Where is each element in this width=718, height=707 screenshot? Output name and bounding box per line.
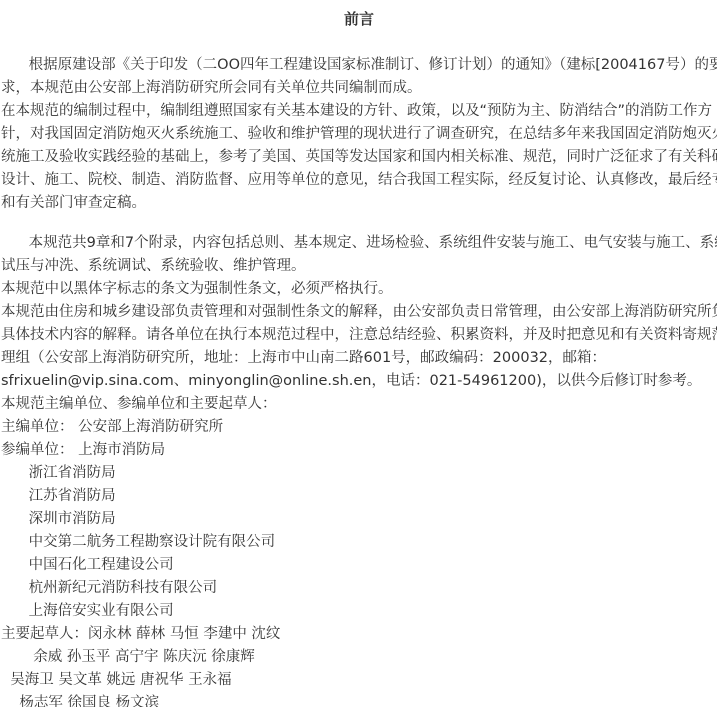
text-line: 根据原建设部《关于印发（二OO四年工程建设国家标准制订、修订计划）的通知》（建标… — [1, 54, 717, 77]
text-line: 中国石化工程建设公司 — [1, 554, 717, 577]
text-line: 杨志军 徐国良 杨文滨 — [1, 692, 717, 707]
page-title: 前言 — [0, 8, 718, 30]
text-line: 杭州新纪元消防科技有限公司 — [1, 577, 717, 600]
text-line: 本规范共9章和7个附录，内容包括总则、基本规定、进场检验、系统组件安装与施工、电… — [1, 232, 717, 255]
text-line: 中交第二航务工程勘察设计院有限公司 — [1, 531, 717, 554]
text-line: 余威 孙玉平 高宁宇 陈庆沅 徐康辉 — [1, 646, 717, 669]
text-line: 吴海卫 吴文革 姚远 唐祝华 王永福 — [1, 669, 717, 692]
text-line: 在本规范的编制过程中，编制组遵照国家有关基本建设的方针、政策，以及“预防为主、防… — [1, 100, 717, 123]
text-line: sfrixuelin@vip.sina.com、minyonglin@onlin… — [1, 370, 717, 393]
text-line: 主编单位： 公安部上海消防研究所 — [1, 416, 717, 439]
document-body: 根据原建设部《关于印发（二OO四年工程建设国家标准制订、修订计划）的通知》（建标… — [0, 54, 718, 707]
text-line: 具体技术内容的解释。请各单位在执行本规范过程中，注意总结经验、积累资料，并及时把… — [1, 324, 717, 347]
text-line: 江苏省消防局 — [1, 485, 717, 508]
text-line: 本规范中以黑体字标志的条文为强制性条文，必须严格执行。 — [1, 278, 717, 301]
text-line: 针，对我国固定消防炮灭火系统施工、验收和维护管理的现状进行了调查研究，在总结多年… — [1, 123, 717, 146]
text-line: 求，本规范由公安部上海消防研究所会同有关单位共同编制而成。 — [1, 77, 717, 100]
text-line: 深圳市消防局 — [1, 508, 717, 531]
text-line: 本规范由住房和城乡建设部负责管理和对强制性条文的解释，由公安部负责日常管理，由公… — [1, 301, 717, 324]
text-line: 和有关部门审查定稿。 — [1, 192, 717, 215]
text-line: 上海倍安实业有限公司 — [1, 600, 717, 623]
text-line: 统施工及验收实践经验的基础上，参考了美国、英国等发达国家和国内相关标准、规范，同… — [1, 146, 717, 169]
text-line: 参编单位： 上海市消防局 — [1, 439, 717, 462]
text-line: 浙江省消防局 — [1, 462, 717, 485]
text-line: 试压与冲洗、系统调试、系统验收、维护管理。 — [1, 255, 717, 278]
text-line: 设计、施工、院校、制造、消防监督、应用等单位的意见，结合我国工程实际，经反复讨论… — [1, 169, 717, 192]
text-line: 主要起草人：闵永林 薛林 马恒 李建中 沈纹 — [1, 623, 717, 646]
text-line: 本规范主编单位、参编单位和主要起草人： — [1, 393, 717, 416]
text-line: 理组（公安部上海消防研究所，地址：上海市中山南二路601号，邮政编码：20003… — [1, 347, 717, 370]
